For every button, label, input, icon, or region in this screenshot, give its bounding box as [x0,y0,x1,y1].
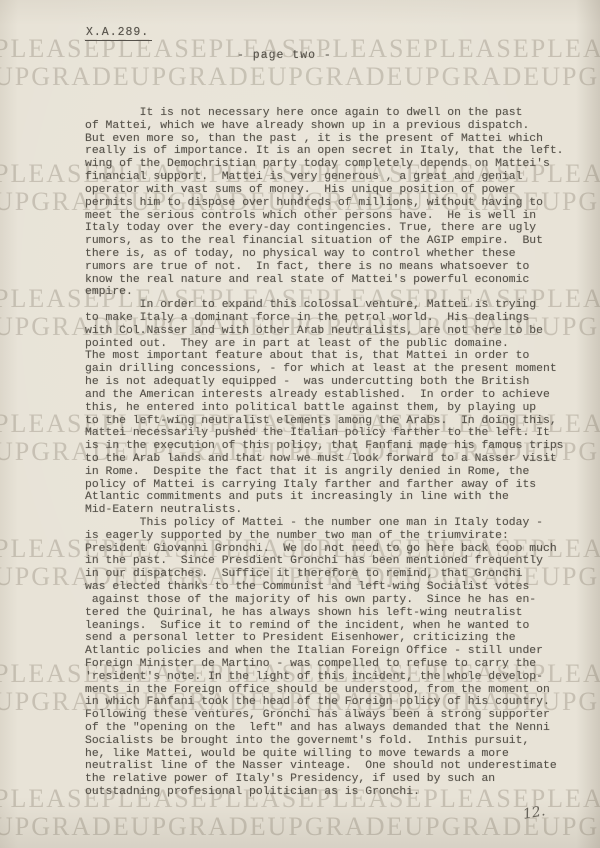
watermark-word: UPGRADE [541,64,600,90]
watermark-word: UPGRADE [131,814,268,840]
watermark-word: UPGRADE [268,814,405,840]
watermark-word: PLEASE [423,36,530,62]
watermark-word: PLEASE [316,36,423,62]
watermark-word: UPGRADE [404,814,541,840]
watermark-word: UPGRADE [131,64,268,90]
watermark-word: PLEASE [531,36,600,62]
document-body: It is not necessary here once again to d… [85,107,585,799]
watermark-row-upgrade: UPGRADEUPGRADEUPGRADEUPGRADEUPGRADEUPGRA… [0,64,600,90]
document-reference: X.A.289. [85,26,152,41]
watermark-word: UPGRADE [541,814,600,840]
scanned-document-page: PLEASEPLEASEPLEASEPLEASEPLEASEPLEASEUPGR… [0,0,600,848]
watermark-word: UPGRADE [404,64,541,90]
watermark-word: UPGRADE [0,64,131,90]
paragraph-1: It is not necessary here once again to d… [85,107,585,299]
paragraph-2: In order to expand this colossal venture… [85,299,585,517]
watermark-word: UPGRADE [268,64,405,90]
paragraph-3: This policy of Mattei - the number one m… [85,517,585,799]
watermark-row-upgrade: UPGRADEUPGRADEUPGRADEUPGRADEUPGRADEUPGRA… [0,814,600,840]
page-label: - page two - [237,49,332,62]
watermark-word: UPGRADE [0,814,131,840]
